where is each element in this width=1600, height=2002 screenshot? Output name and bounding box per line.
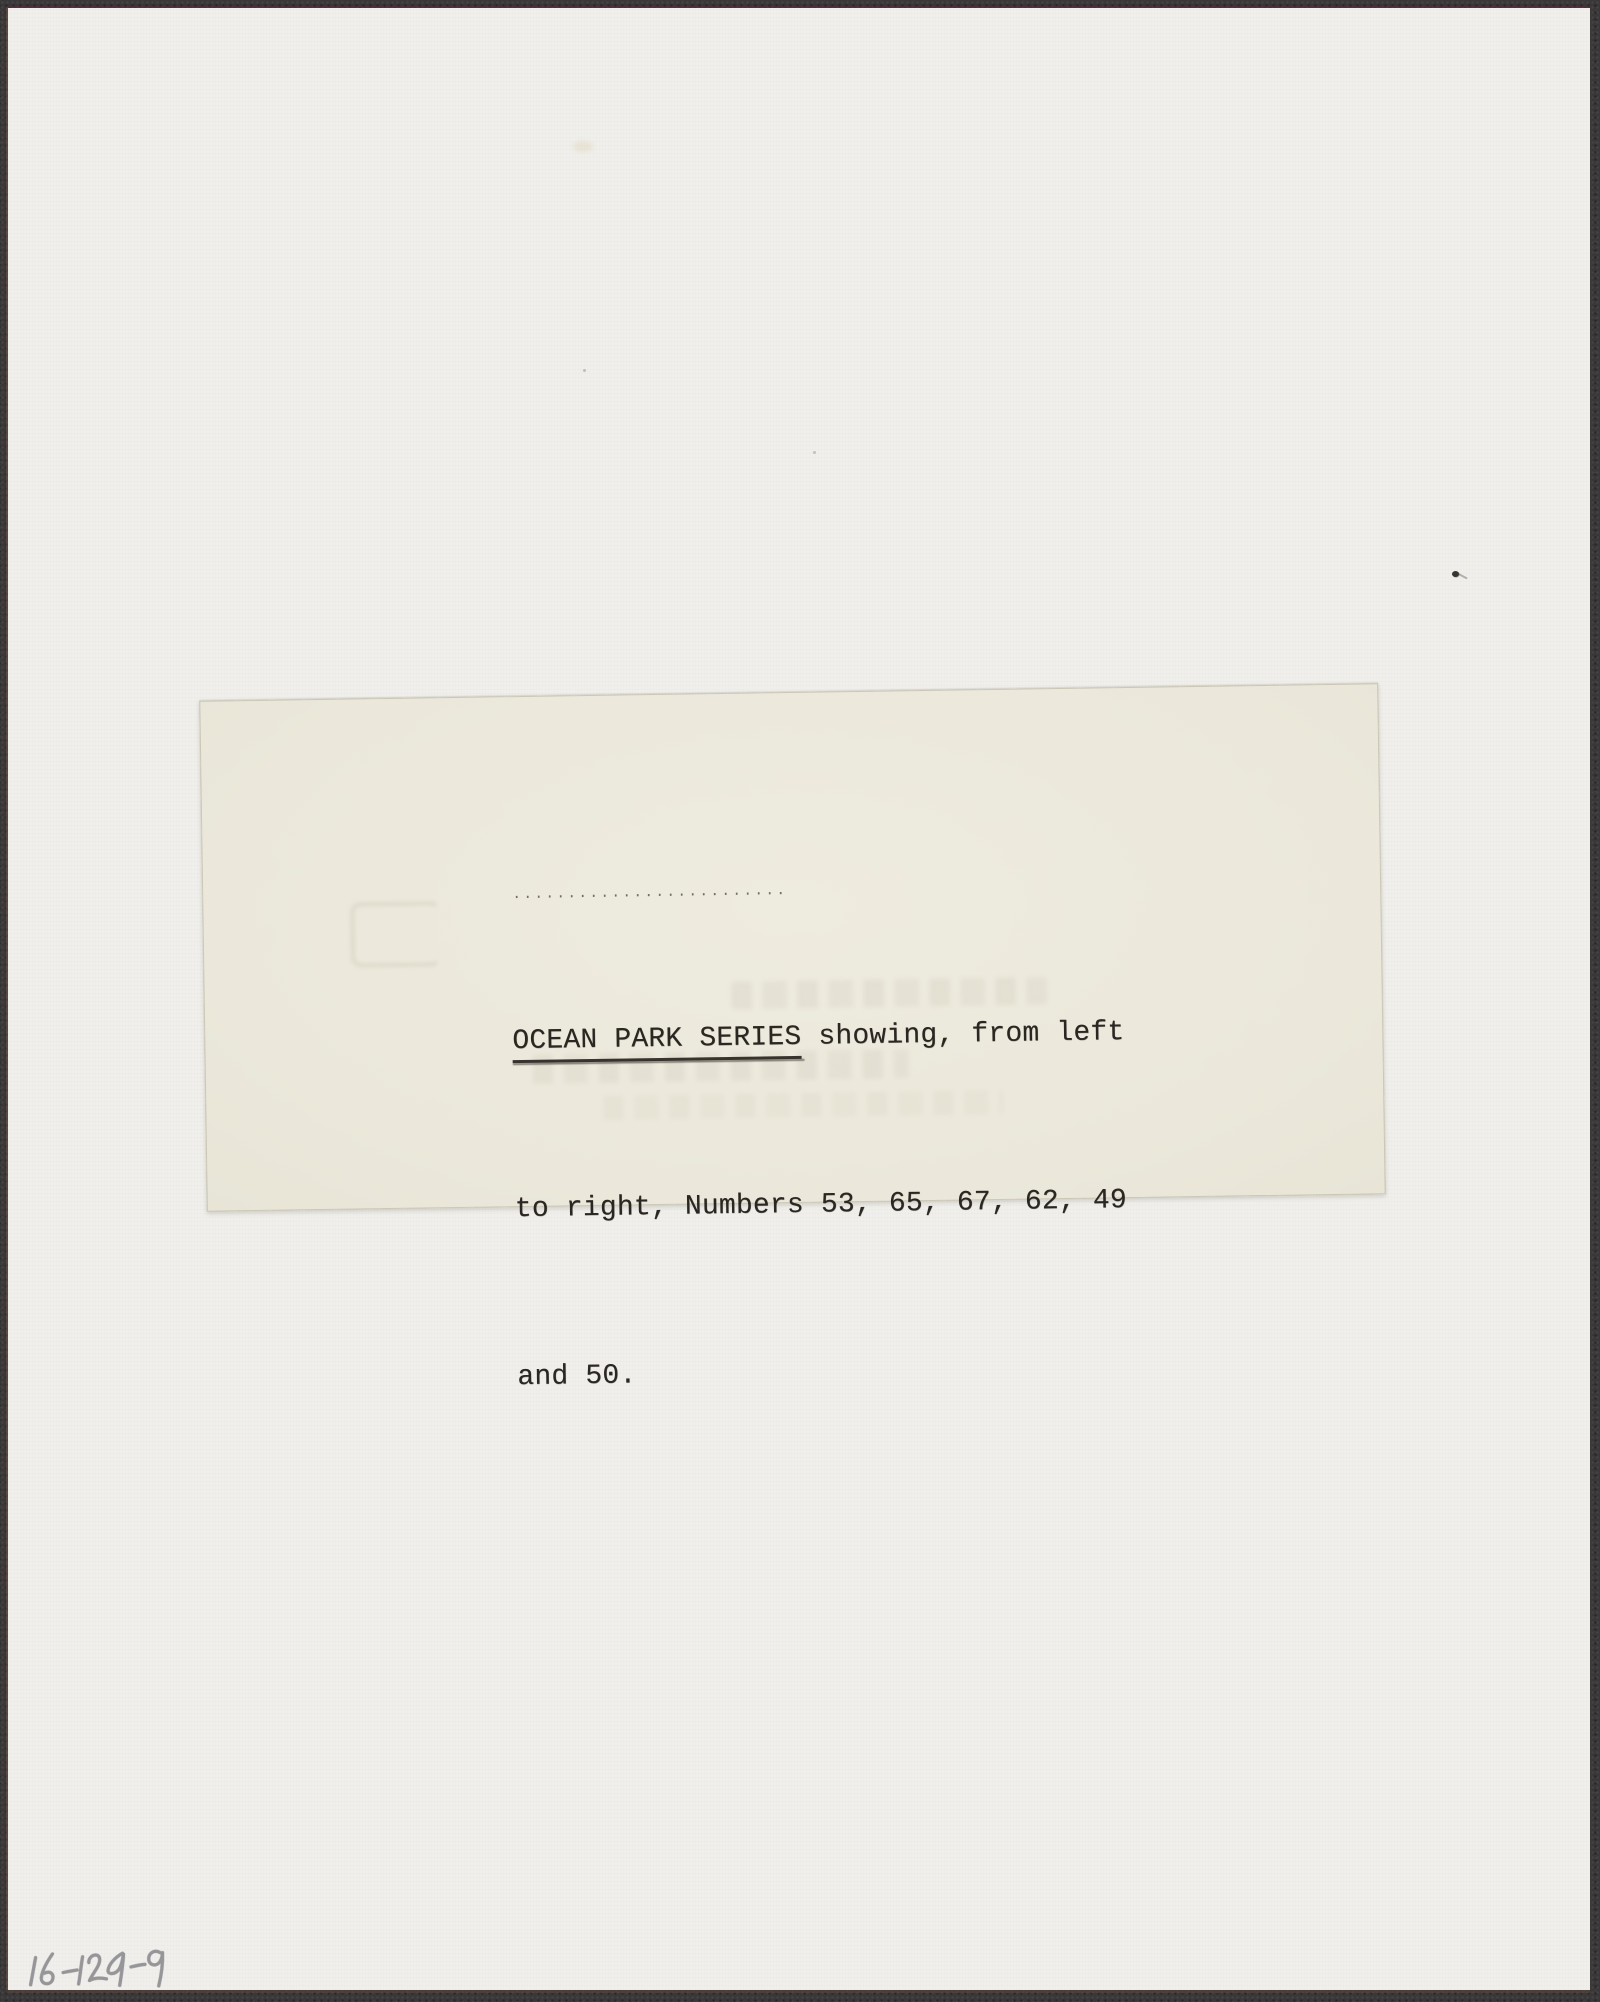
caption-line-1-rest: showing, from left xyxy=(801,1017,1124,1053)
caption-line-1: OCEAN PARK SERIES showing, from left xyxy=(512,1002,1353,1070)
album-page: ......................... OCEAN PARK SER… xyxy=(8,8,1590,1990)
caption-text-block: OCEAN PARK SERIES showing, from left to … xyxy=(510,890,1359,1518)
pencil-handwriting-strokes xyxy=(22,1939,174,1993)
paper-speck xyxy=(583,369,586,372)
handwritten-catalog-number: 16-124-9 xyxy=(22,1939,184,1995)
paper-speck xyxy=(813,451,816,454)
caption-line-3: and 50. xyxy=(517,1338,1358,1406)
caption-line-2: to right, Numbers 53, 65, 67, 62, 49 xyxy=(514,1170,1355,1238)
ink-speck xyxy=(1452,571,1459,577)
bleedthrough-frame-ghost xyxy=(350,901,441,967)
typed-caption-slip: ......................... OCEAN PARK SER… xyxy=(199,683,1385,1211)
scanner-mat-background: ......................... OCEAN PARK SER… xyxy=(0,0,1600,2002)
series-title-underlined: OCEAN PARK SERIES xyxy=(512,1022,802,1063)
paper-smudge xyxy=(573,141,593,152)
